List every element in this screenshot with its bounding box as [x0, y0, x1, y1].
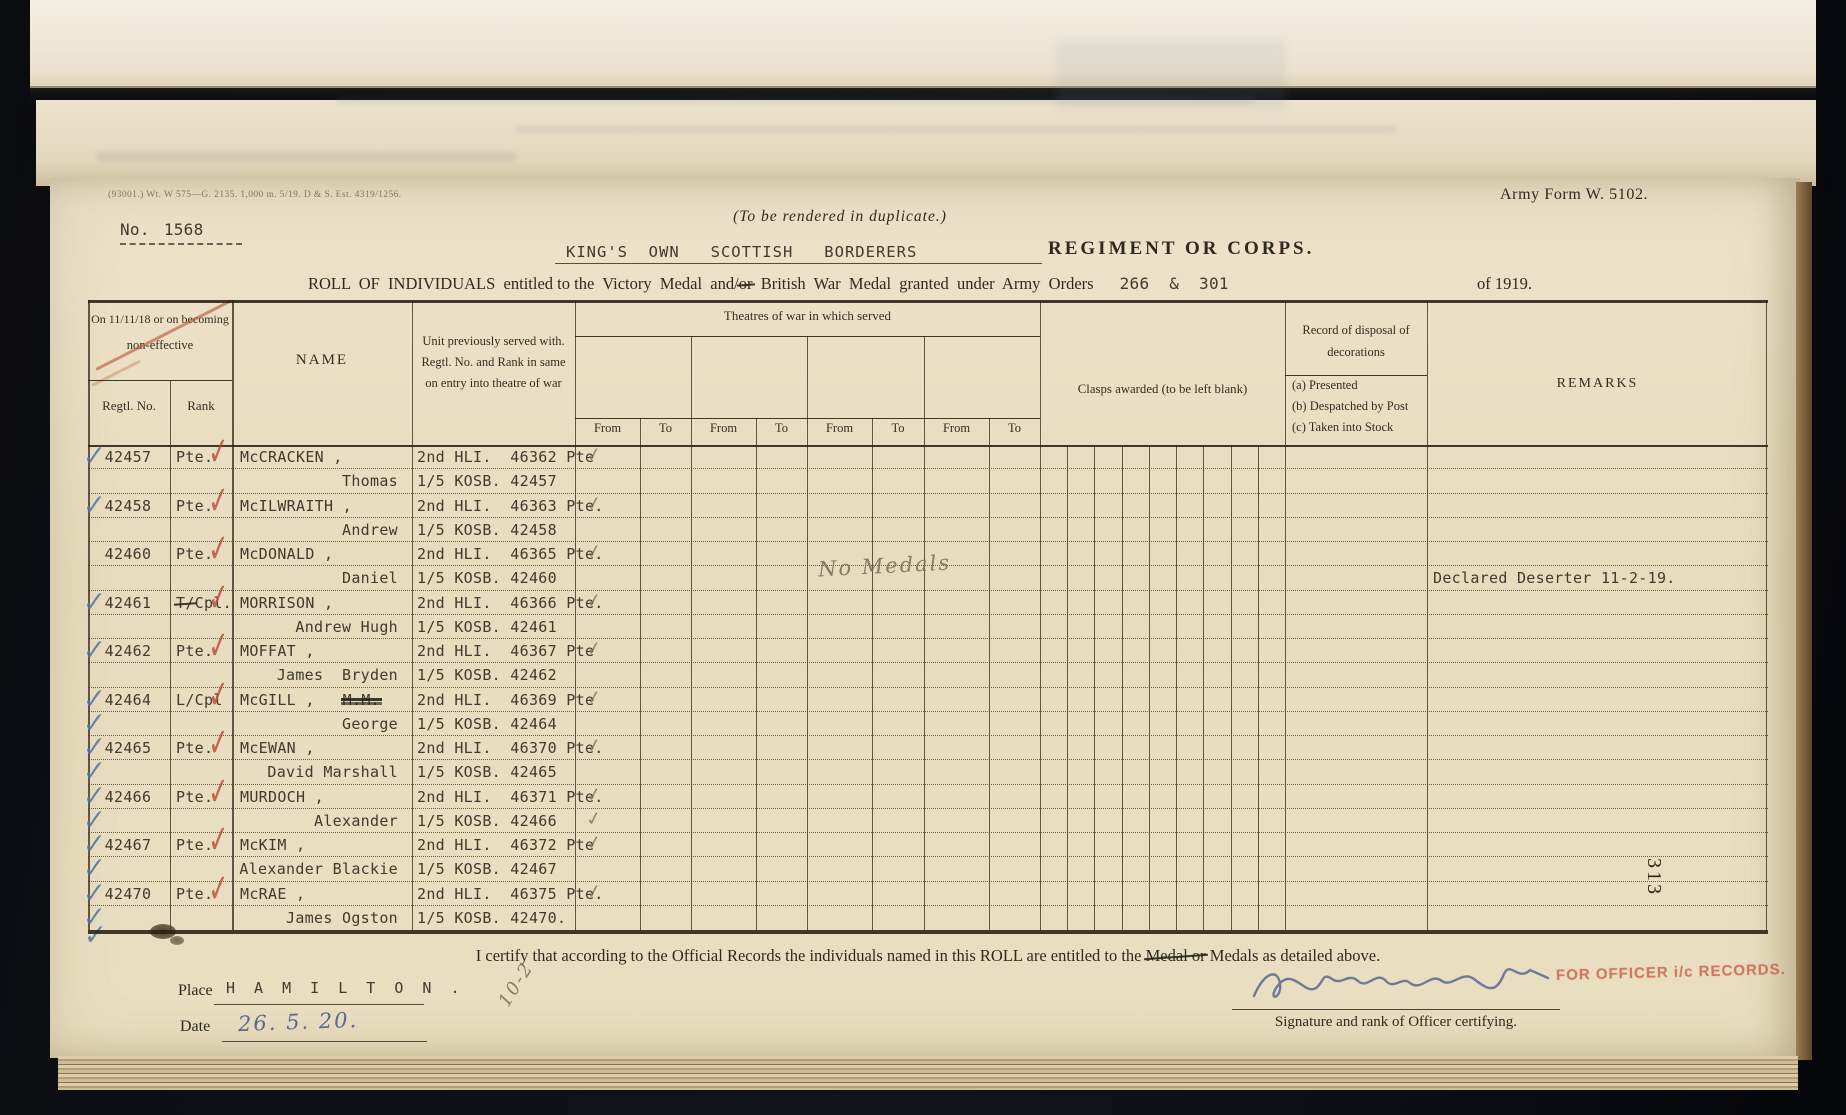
surname: McDONALD ,: [240, 542, 333, 566]
col-header-clasps: Clasps awarded (to be left blank): [1040, 382, 1285, 397]
rank: Pte.: [176, 542, 213, 566]
col-header-from: From: [924, 421, 989, 436]
col-header-unit-1: Unit previously served with.: [412, 334, 575, 349]
forename: Daniel: [236, 566, 408, 590]
col-header-regtl-no: Regtl. No.: [88, 398, 170, 414]
paper-tear: [170, 936, 184, 945]
rank: Pte.: [176, 494, 213, 518]
col-header-disposal-1: Record of disposal of: [1285, 323, 1427, 338]
col-header-disposal-b: (b) Despatched by Post: [1292, 399, 1432, 414]
rank: Pte.: [176, 882, 213, 906]
surname: MURDOCH ,: [240, 785, 324, 809]
unit-previous-line2: 1/5 KOSB. 42467: [417, 857, 557, 881]
col-header-to: To: [640, 421, 691, 436]
page-folio-number: 313: [1642, 858, 1665, 897]
surname: MORRISON ,: [240, 591, 333, 615]
table-rule-horizontal: [88, 380, 232, 381]
certification-text-1: I certify that according to the Official…: [476, 946, 1146, 965]
col-header-remarks: REMARKS: [1427, 376, 1768, 392]
remark: Declared Deserter 11-2-19.: [1433, 566, 1676, 590]
date-value: 26. 5. 20.: [238, 1008, 359, 1036]
unit-previous-line1: 2nd HLI. 46369 Pte: [417, 688, 594, 712]
unit-previous-line1: 2nd HLI. 46370 Pte.: [417, 736, 604, 760]
rank: L/Cpl: [176, 688, 223, 712]
col-header-unit-2: Regtl. No. and Rank in same: [412, 355, 575, 370]
rank-struck: T/: [176, 591, 195, 615]
red-slash-mark: [91, 360, 140, 387]
book-photo: (93001.) Wt. W 575—G. 2135. 1,000 m. 5/1…: [0, 0, 1846, 1115]
forename: Andrew Hugh: [236, 615, 408, 639]
regtl-no: 42467: [92, 833, 164, 857]
red-slash-mark: [95, 299, 232, 371]
col-header-from: From: [575, 421, 640, 436]
unit-previous-line1: 2nd HLI. 46371 Pte.: [417, 785, 604, 809]
forename: Andrew: [236, 518, 408, 542]
forename: George: [236, 712, 408, 736]
col-header-name: NAME: [232, 352, 412, 369]
table-rule-horizontal: [575, 418, 1040, 419]
rank: Pte.: [176, 736, 213, 760]
rank: Pte.: [176, 445, 213, 469]
regtl-no: 42458: [92, 494, 164, 518]
unit-previous-line2: 1/5 KOSB. 42470.: [417, 906, 566, 930]
surname: McEWAN ,: [240, 736, 315, 760]
unit-previous-line2: 1/5 KOSB. 42462: [417, 663, 557, 687]
col-header-to: To: [756, 421, 807, 436]
col-header-effective-1: On 11/11/18 or on becoming: [88, 312, 232, 327]
unit-previous-line2: 1/5 KOSB. 42460: [417, 566, 557, 590]
table-rule-horizontal: [575, 336, 1040, 337]
row-leader-line: [88, 639, 1768, 663]
date-label: Date: [180, 1018, 210, 1036]
forename: David Marshall: [236, 760, 408, 784]
unit-previous-line2: 1/5 KOSB. 42457: [417, 469, 557, 493]
name-struck: M.M.: [343, 688, 380, 712]
place-label: Place: [178, 982, 213, 1000]
col-header-from: From: [691, 421, 756, 436]
place-rule: [214, 1004, 424, 1005]
unit-previous-line1: 2nd HLI. 46375 Pte.: [417, 882, 604, 906]
unit-previous-line1: 2nd HLI. 46362 Pte: [417, 445, 594, 469]
regtl-no: 42462: [92, 639, 164, 663]
unit-previous-line1: 2nd HLI. 46366 Pte.: [417, 591, 604, 615]
row-leader-line: [88, 785, 1768, 809]
table-rule-horizontal: [88, 300, 1768, 303]
forename: James Bryden: [236, 663, 408, 687]
regtl-no: 42461: [92, 591, 164, 615]
col-header-rank: Rank: [170, 398, 232, 414]
unit-previous-line2: 1/5 KOSB. 42466: [417, 809, 557, 833]
unit-previous-line2: 1/5 KOSB. 42458: [417, 518, 557, 542]
table-rule-horizontal: [88, 930, 1768, 934]
place-value: H A M I L T O N .: [226, 979, 465, 997]
unit-previous-line1: 2nd HLI. 46372 Pte: [417, 833, 594, 857]
forename: James Ogston: [236, 906, 408, 930]
regtl-no: 42464: [92, 688, 164, 712]
date-rule: [222, 1041, 427, 1042]
table-rule-horizontal: [1285, 375, 1427, 376]
unit-previous-line1: 2nd HLI. 46365 Pte.: [417, 542, 604, 566]
regtl-no: 42466: [92, 785, 164, 809]
rank: T/Cpl.: [176, 591, 232, 615]
surname: McILWRAITH ,: [240, 494, 352, 518]
unit-previous-line2: 1/5 KOSB. 42465: [417, 760, 557, 784]
col-header-disposal-2: decorations: [1285, 345, 1427, 360]
row-leader-line: [88, 591, 1768, 615]
row-leader-line: [88, 833, 1768, 857]
unit-previous-line2: 1/5 KOSB. 42461: [417, 615, 557, 639]
signature-scribble: [1248, 962, 1558, 1010]
row-leader-line: [88, 736, 1768, 760]
signature-caption: Signature and rank of Officer certifying…: [1232, 1014, 1560, 1031]
unit-previous-line1: 2nd HLI. 46367 Pte: [417, 639, 594, 663]
col-header-unit-3: on entry into theatre of war: [412, 376, 575, 391]
col-header-disposal-c: (c) Taken into Stock: [1292, 420, 1432, 435]
rank: Pte.: [176, 785, 213, 809]
unit-previous-line2: 1/5 KOSB. 42464: [417, 712, 557, 736]
forename: Alexander Blackie: [236, 857, 408, 881]
col-header-to: To: [872, 421, 924, 436]
unit-previous-line1: 2nd HLI. 46363 Pte.: [417, 494, 604, 518]
regtl-no: 42465: [92, 736, 164, 760]
col-header-disposal-a: (a) Presented: [1292, 378, 1432, 393]
forename: Thomas: [236, 469, 408, 493]
surname: MOFFAT ,: [240, 639, 315, 663]
col-header-theatres: Theatres of war in which served: [575, 308, 1040, 324]
regtl-no: 42457: [92, 445, 164, 469]
surname: McCRACKEN ,: [240, 445, 343, 469]
surname: McKIM ,: [240, 833, 305, 857]
col-header-from: From: [807, 421, 872, 436]
regtl-no: 42460: [92, 542, 164, 566]
surname: McGILL ,M.M.: [240, 688, 380, 712]
col-header-to: To: [989, 421, 1040, 436]
col-header-effective-2: non-effective: [88, 338, 232, 353]
checkmark-icon: ✓: [83, 902, 106, 932]
certification-struck: Medal or: [1146, 946, 1206, 966]
row-leader-line: [88, 882, 1768, 906]
rank: Pte.: [176, 833, 213, 857]
signature-rule: [1232, 1009, 1560, 1010]
forename: Alexander: [236, 809, 408, 833]
regtl-no: 42470: [92, 882, 164, 906]
surname: McRAE ,: [240, 882, 305, 906]
rank: Pte.: [176, 639, 213, 663]
